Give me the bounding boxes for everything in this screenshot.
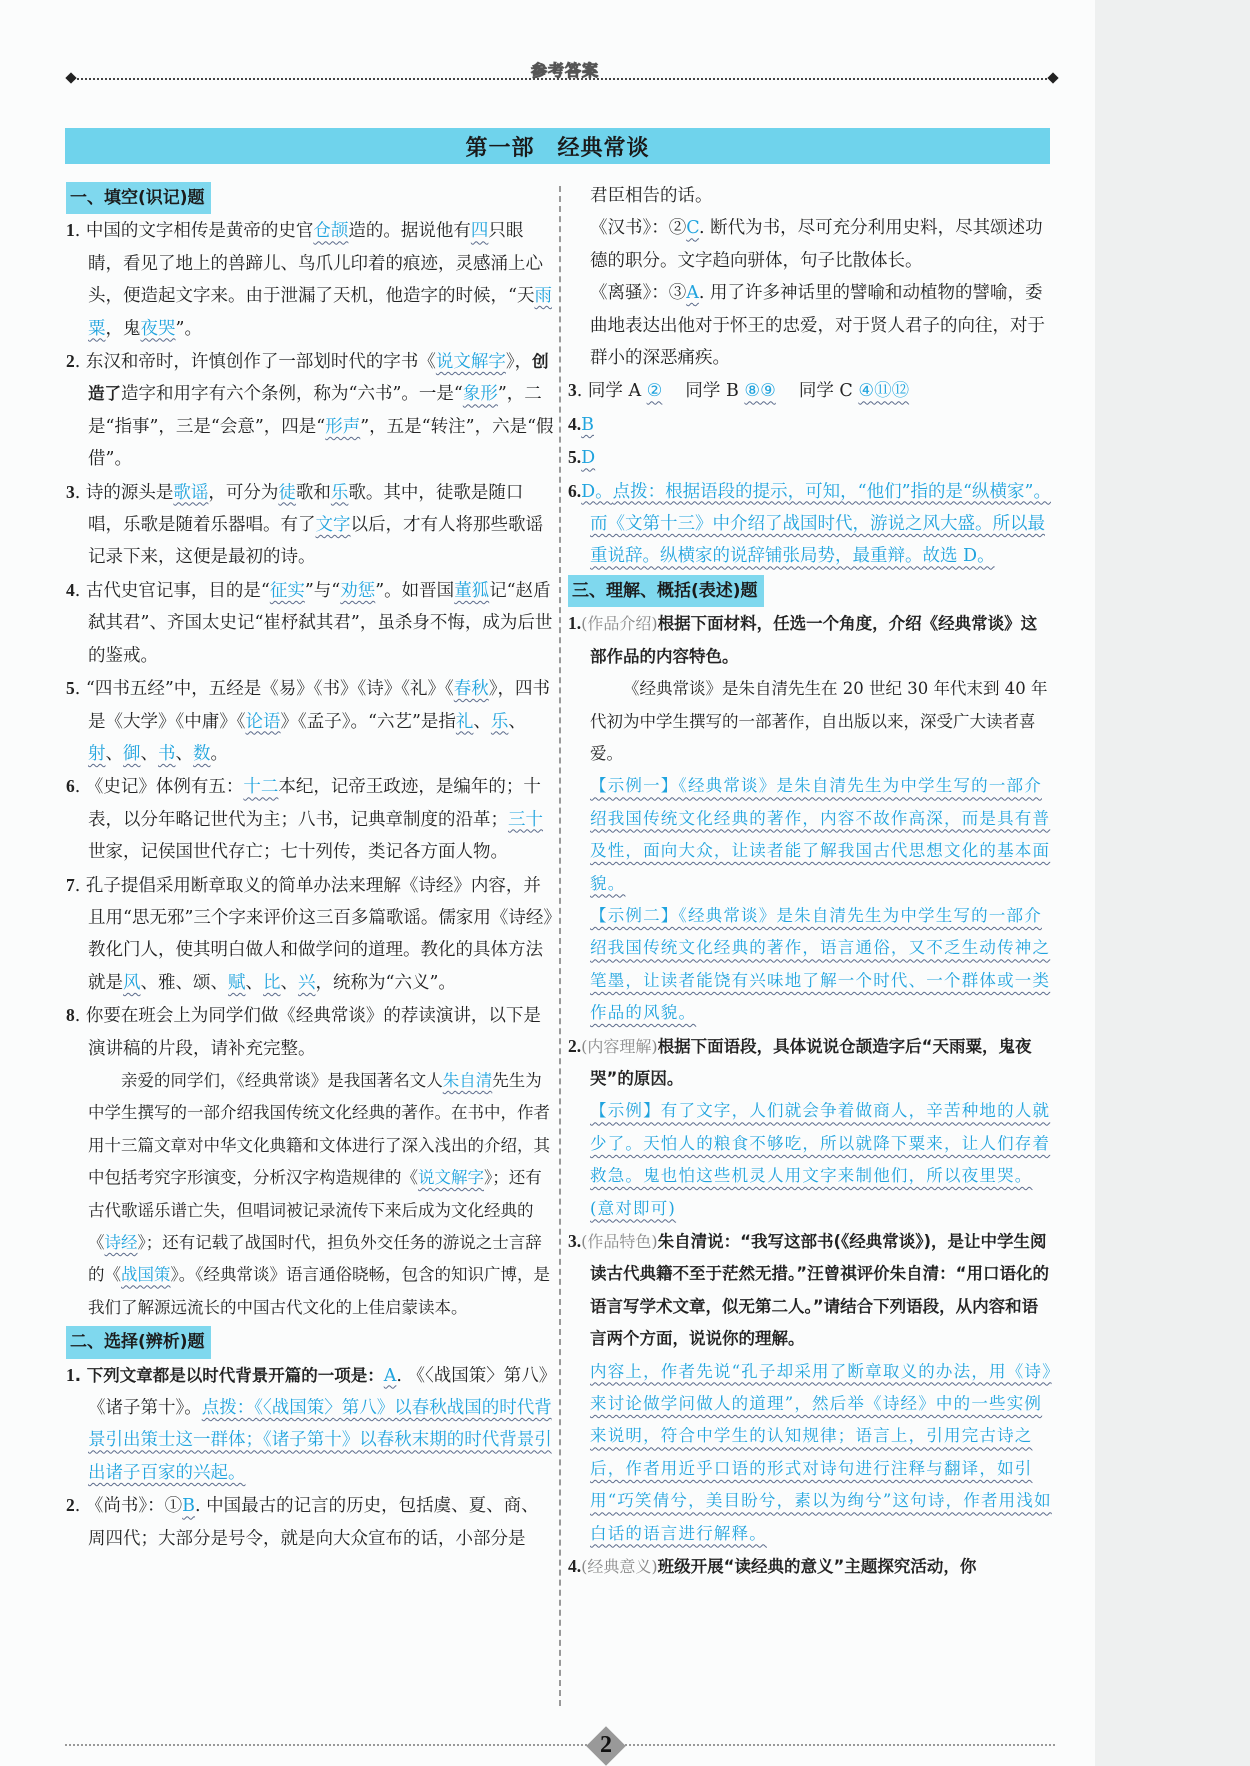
question-6: 6. 《史记》体例有五：十二本纪，记帝王政迹，是编年的；十表，以分年略记世代为主…	[66, 770, 554, 868]
answer: 夜哭	[141, 319, 176, 339]
answer: D	[581, 448, 595, 468]
speech-passage: 亲爱的同学们，《经典常谈》是我国著名文人朱自清先生为中学生撰写的一部介绍我国传统…	[66, 1065, 554, 1324]
answer: 征实	[270, 581, 305, 601]
answer: ⑧⑨	[744, 381, 775, 401]
answer: 书	[158, 744, 176, 764]
answer: 比	[263, 973, 281, 993]
choice-2-continuation: 君臣相告的话。	[568, 180, 1052, 212]
section-heading-fill-blank: 一、填空(识记)题	[66, 182, 211, 214]
choice-question-3: 3. 同学 A ② 同学 B ⑧⑨ 同学 C ④⑪⑫	[568, 374, 1052, 407]
answer: 论语	[246, 712, 281, 732]
example-answer-2: 【示例二】《经典常谈》是朱自清先生为中学生写的一部介绍我国传统文化经典的著作，语…	[568, 900, 1052, 1030]
answer: A	[686, 283, 699, 303]
comprehension-question-1: 1.(作品介绍)根据下面材料，任选一个角度，介绍《经典常谈》这部作品的内容特色。	[568, 607, 1052, 673]
answer: 四	[471, 221, 489, 241]
answer: 射	[88, 744, 106, 764]
answer: 礼	[456, 712, 474, 732]
answer: 御	[123, 744, 141, 764]
choice-question-5: 5.D	[568, 441, 1052, 474]
choice-question-4: 4.B	[568, 408, 1052, 441]
answer: 董狐	[454, 581, 489, 601]
answer: ④⑪⑫	[858, 381, 909, 401]
answer: A	[384, 1366, 397, 1386]
question-tag: (内容理解)	[581, 1037, 658, 1056]
part-title: 第一部 经典常谈	[465, 131, 649, 162]
answer: 乐	[491, 712, 509, 732]
reference-answer: 内容上，作者先说“孔子却采用了断章取义的办法，用《诗》来讨论做学问做人的道理”，…	[568, 1356, 1052, 1550]
answer: 说文解字	[418, 1168, 484, 1187]
answer: 徒	[278, 483, 296, 503]
answer: C	[686, 218, 699, 238]
question-tag: (作品特色)	[581, 1232, 658, 1251]
header-rule	[70, 78, 1055, 80]
comprehension-question-3: 3.(作品特色)朱自清说：“我写这部书(《经典常谈》)，是让中学生阅读古代典籍不…	[568, 1225, 1052, 1356]
comprehension-question-2: 2.(内容理解)根据下面语段，具体说说仓颉造字后“天雨粟，鬼夜哭”的原因。	[568, 1030, 1052, 1096]
answer: 十二	[243, 777, 278, 797]
answer: D	[581, 482, 595, 502]
question-tag: (作品介绍)	[581, 614, 658, 633]
section-heading-choice: 二、选择(辨析)题	[66, 1326, 211, 1358]
answer: 风	[123, 973, 141, 993]
answer-page: 参考答案 第一部 经典常谈 一、填空(识记)题 1. 中国的文字相传是黄帝的史官…	[0, 0, 1095, 1766]
answer: 仓颉	[313, 221, 348, 241]
choice-question-2: 2. 《尚书》：①B. 中国最古的记言的历史，包括虞、夏、商、周四代；大部分是号…	[66, 1489, 554, 1555]
answer: 文字	[316, 515, 351, 535]
diamond-bullet-icon	[65, 72, 76, 83]
answer: 劝惩	[340, 581, 375, 601]
answer: 三十	[508, 810, 543, 830]
choice-2-lisao: 《离骚》：③A. 用了许多神话里的譬喻和动植物的譬喻，委曲地表达出他对于怀王的忠…	[568, 277, 1052, 374]
section-heading-comprehension: 三、理解、概括(表述)题	[568, 575, 764, 607]
answer: ②	[647, 381, 663, 401]
answer: 说文解字	[436, 352, 506, 372]
example-answer-1: 【示例一】《经典常谈》是朱自清先生为中学生写的一部介绍我国传统文化经典的著作，内…	[568, 770, 1052, 900]
answer: 诗经	[105, 1233, 138, 1252]
answer: 形声	[325, 417, 360, 437]
answer: 朱自清	[443, 1071, 493, 1090]
choice-question-6: 6.D。点拨：根据语段的提示，可知，“他们”指的是“纵横家”。而《文第十三》中介…	[568, 475, 1052, 573]
answer: 乐	[331, 483, 349, 503]
answer: 春秋	[454, 679, 489, 699]
question-3: 3. 诗的源头是歌谣，可分为徒歌和乐歌。其中，徒歌是随口唱，乐歌是随着乐器唱。有…	[66, 476, 554, 574]
choice-2-hanshu: 《汉书》：②C. 断代为书，尽可充分利用史料，尽其颂述功德的职分。文字趋向骈体，…	[568, 212, 1052, 277]
question-7: 7. 孔子提倡采用断章取义的简单办法来理解《诗经》内容，并且用“思无邪”三个字来…	[66, 869, 554, 1000]
question-1: 1. 中国的文字相传是黄帝的史官仓颉造的。据说他有四只眼睛，看见了地上的兽蹄儿、…	[66, 214, 554, 345]
diamond-bullet-icon	[1047, 72, 1058, 83]
example-answer: 【示例】有了文字，人们就会争着做商人，辛苦种地的人就少了。天怕人的粮食不够吃，所…	[568, 1095, 1052, 1225]
part-banner: 第一部 经典常谈	[65, 128, 1050, 164]
answer: 战国策	[121, 1265, 171, 1284]
comprehension-question-4: 4.(经典意义)班级开展“读经典的意义”主题探究活动，你	[568, 1550, 1052, 1583]
answer: 兴	[298, 973, 316, 993]
page-number-badge: 2	[588, 1728, 624, 1764]
hint-text: 点拨：根据语段的提示，可知，“他们”指的是“纵横家”。而《文第十三》中介绍了战国…	[590, 482, 1051, 567]
question-8: 8. 你要在班会上为同学们做《经典常谈》的荐读演讲，以下是演讲稿的片段，请补充完…	[66, 999, 554, 1065]
page-number: 2	[588, 1732, 624, 1759]
question-2: 2. 东汉和帝时，许慎创作了一部划时代的字书《说文解字》，创造了造字和用字有六个…	[66, 345, 554, 476]
answer: 歌谣	[173, 483, 208, 503]
question-4: 4. 古代史官记事，目的是“征实”与“劝惩”。如晋国董狐记“赵盾弑其君”、齐国太…	[66, 574, 554, 672]
answer: 数	[193, 744, 211, 764]
choice-question-1: 1. 下列文章都是以时代背景开篇的一项是：A. 《〈战国策〉第八》 《诸子第十》…	[66, 1359, 554, 1490]
material-passage: 《经典常谈》是朱自清先生在 20 世纪 30 年代末到 40 年代初为中学生撰写…	[568, 673, 1052, 770]
answer: 赋	[228, 973, 246, 993]
right-column: 君臣相告的话。 《汉书》：②C. 断代为书，尽可充分利用史料，尽其颂述功德的职分…	[568, 180, 1052, 1583]
answer: B	[581, 415, 594, 435]
question-5: 5. “四书五经”中，五经是《易》《书》《诗》《礼》《春秋》，四书是《大学》《中…	[66, 672, 554, 770]
answer: B	[182, 1496, 195, 1516]
footer-rule	[65, 1744, 1055, 1746]
answer: 象形	[463, 384, 498, 404]
question-tag: (经典意义)	[581, 1557, 658, 1576]
left-column: 一、填空(识记)题 1. 中国的文字相传是黄帝的史官仓颉造的。据说他有四只眼睛，…	[66, 180, 554, 1555]
column-divider	[559, 186, 561, 1706]
